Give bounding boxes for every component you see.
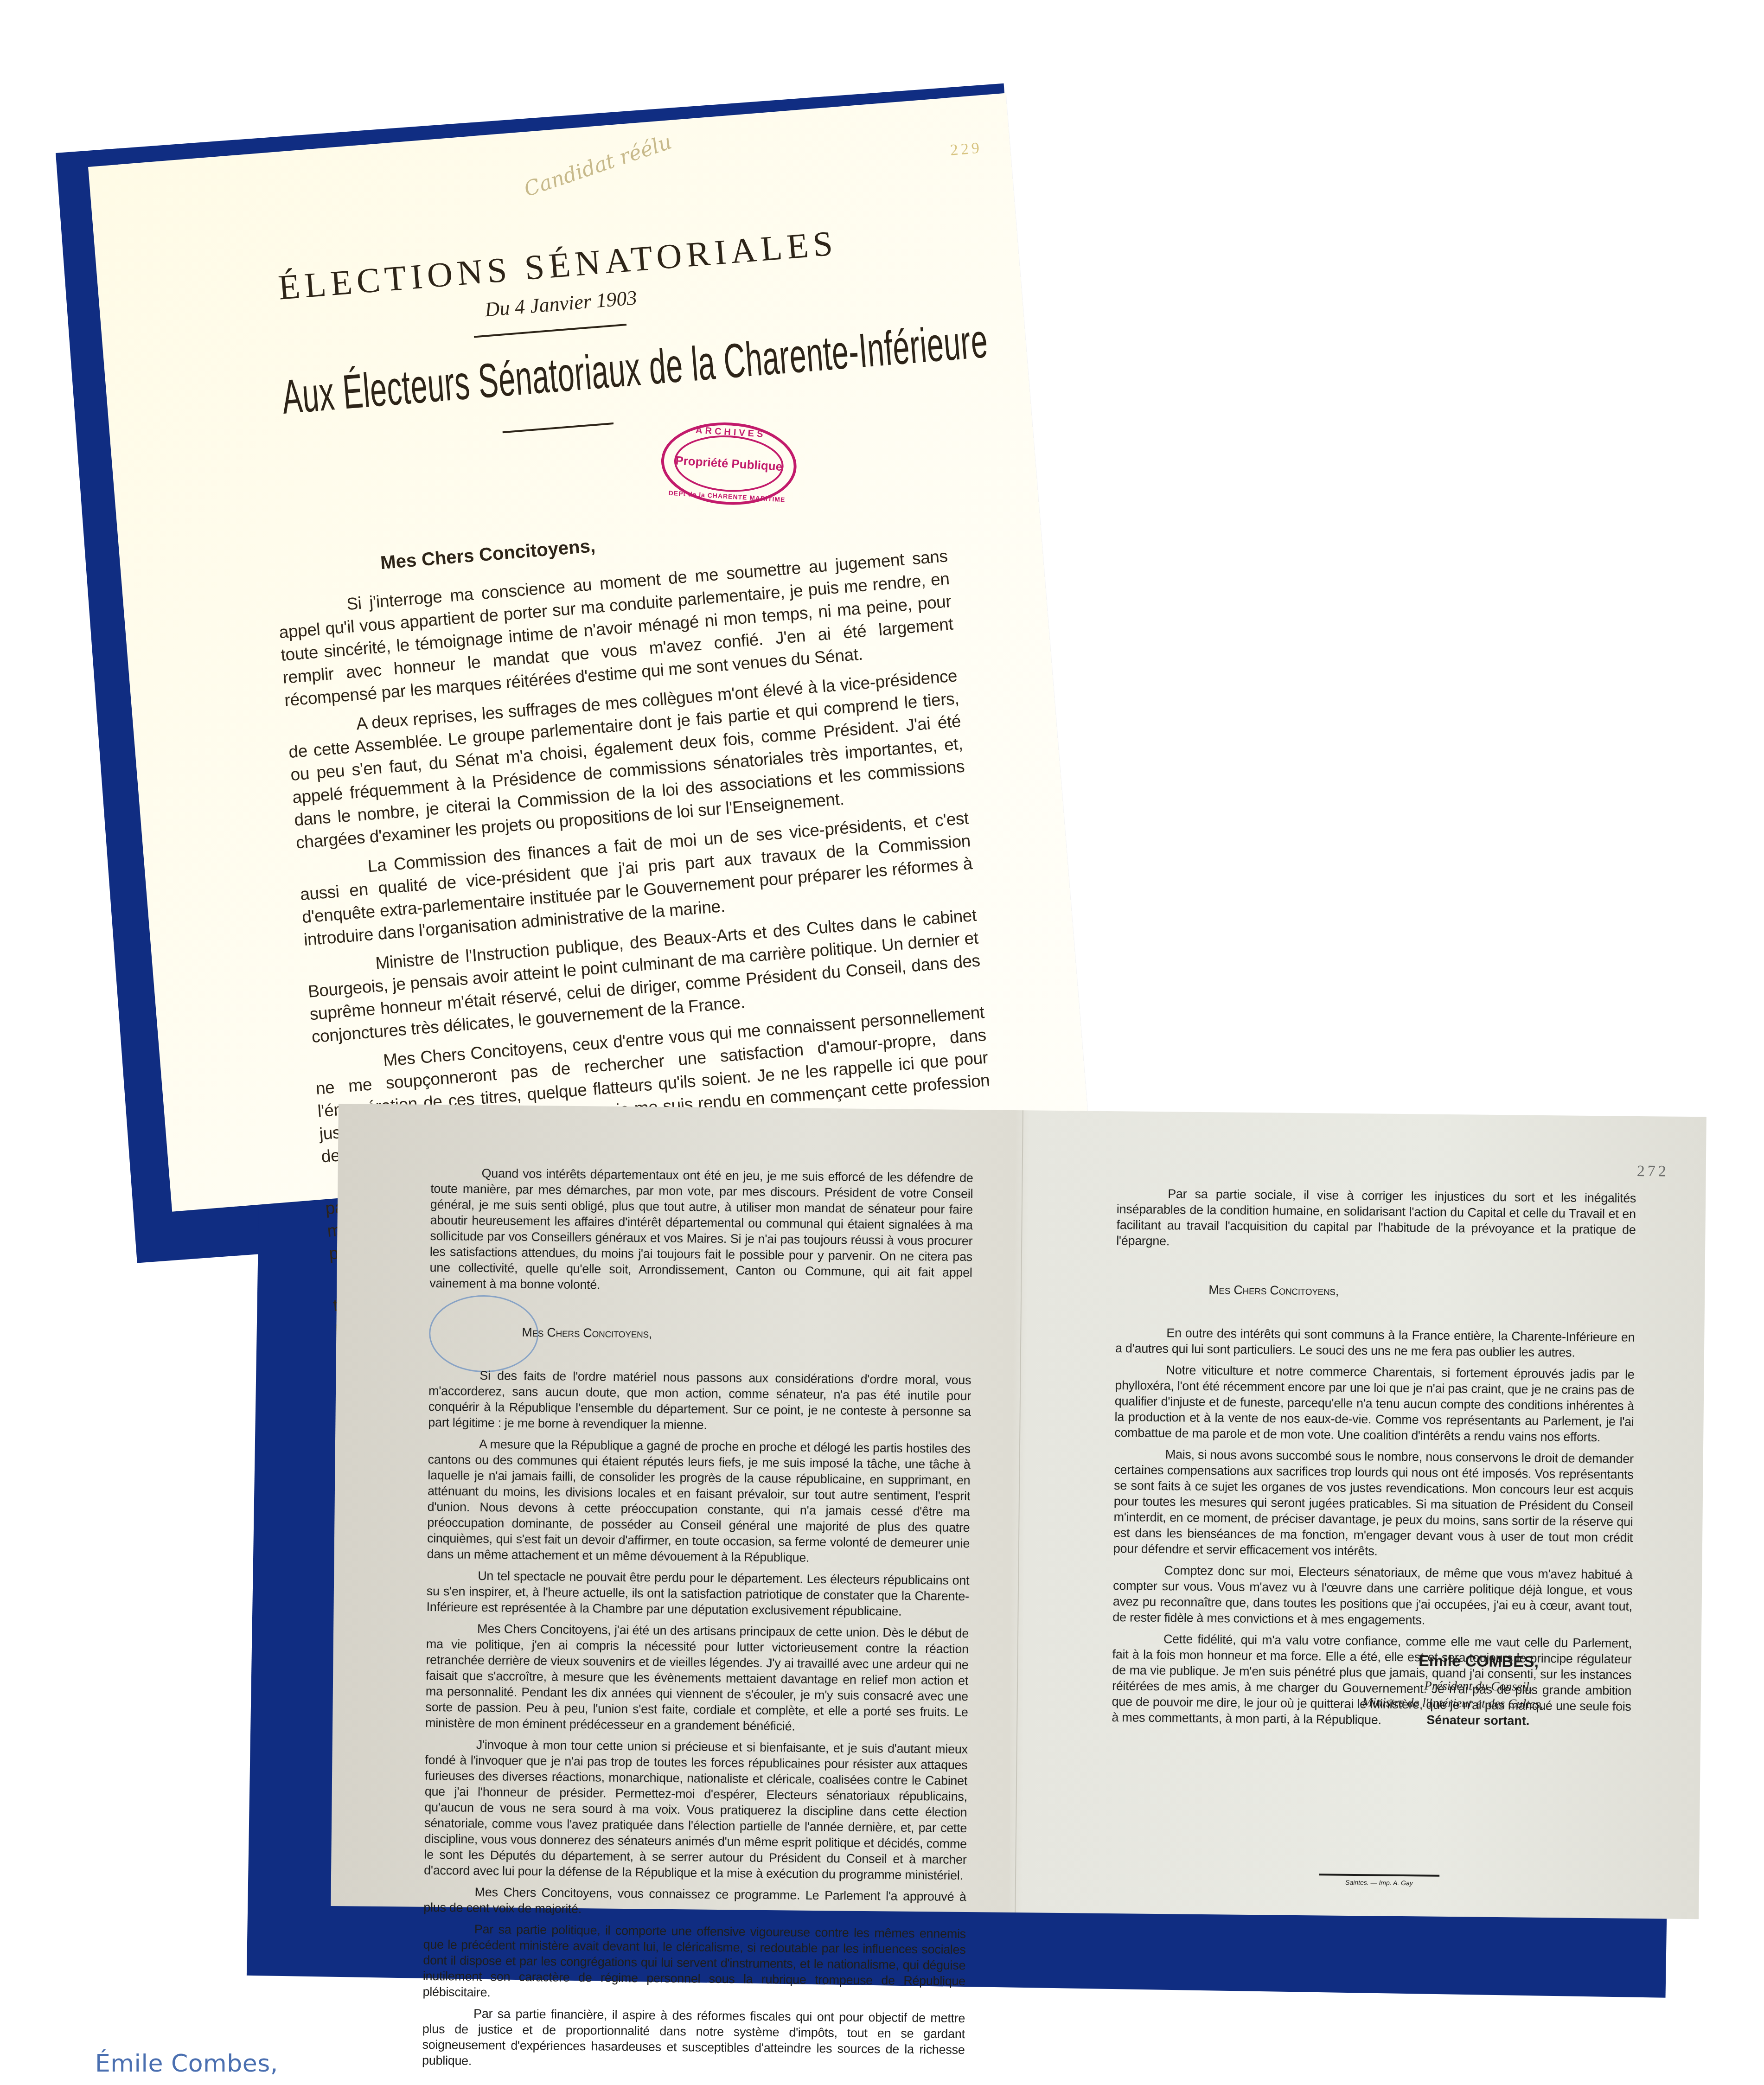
divider-rule — [503, 422, 614, 433]
folio-number: 229 — [950, 139, 983, 159]
document-headline: Aux Électeurs Sénatoriaux de la Charente… — [280, 325, 853, 425]
paragraph: Mes Chers Concitoyens, vous connaissez c… — [423, 1884, 966, 1920]
document-sheet-inner-spread: 272 Quand vos intérêts départementaux on… — [331, 1104, 1706, 1919]
signatory-name: Emile COMBES, — [1362, 1651, 1594, 1672]
document-sheet-front: 229 Candidat réélu ÉLECTIONS SÉNATORIALE… — [88, 93, 1090, 1212]
paragraph: Un tel spectacle ne pouvait être perdu p… — [426, 1567, 969, 1620]
paragraph: A mesure que la République a gagné de pr… — [427, 1436, 971, 1567]
paragraph: Par sa partie politique, il comporte une… — [422, 1921, 966, 2005]
archives-stamp-icon: ARCHIVES Propriété Publique DEPt de la C… — [659, 419, 799, 509]
paragraph: En outre des intérêts qui sont communs à… — [1115, 1324, 1635, 1361]
stamp-middle-text: Propriété Publique — [675, 453, 783, 474]
signatory-role-minister: Ministre de l'Intérieur et des Cultes, — [1311, 1695, 1594, 1712]
section-salutation: Mes Chers Concitoyens, — [1116, 1281, 1635, 1302]
stamp-bottom-text: DEPt de la CHARENTE MARITIME — [668, 489, 786, 504]
paragraph: Mes Chers Concitoyens, j'ai été un des a… — [425, 1620, 969, 1736]
paragraph: Par sa partie sociale, il vise à corrige… — [1116, 1185, 1636, 1254]
paragraph: J'invoque à mon tour cette union si préc… — [424, 1736, 968, 1883]
section-salutation: Mes Chers Concitoyens, — [429, 1324, 971, 1344]
page-fold — [1015, 1110, 1023, 1912]
folio-number: 272 — [1637, 1163, 1669, 1181]
salutation: Mes Chers Concitoyens, — [380, 536, 596, 574]
signature-block: Emile COMBES, Président du Conseil, Mini… — [1362, 1651, 1595, 1729]
divider-rule — [474, 324, 626, 338]
paragraph: Par sa partie financière, il aspire à de… — [422, 2005, 965, 2073]
signatory-role-president: Président du Conseil, — [1362, 1678, 1594, 1695]
left-page-text: Quand vos intérêts départementaux ont ét… — [422, 1165, 973, 2079]
paragraph: Mais, si nous avons succombé sous le nom… — [1113, 1446, 1634, 1561]
printer-imprint: Saintes. — Imp. A. Gay — [1319, 1874, 1439, 1887]
paragraph: Si des faits de l'ordre matériel nous pa… — [428, 1367, 971, 1435]
signatory-status: Sénateur sortant. — [1362, 1712, 1594, 1729]
figure-caption: Émile Combes, — [95, 2050, 278, 2078]
paragraph: Comptez donc sur moi, Electeurs sénatori… — [1112, 1562, 1632, 1630]
paragraph: Notre viticulture et notre commerce Char… — [1114, 1362, 1635, 1445]
paragraph: Quand vos intérêts départementaux ont ét… — [429, 1165, 973, 1296]
handwritten-annotation: Candidat réélu — [521, 130, 675, 201]
stamp-top-text: ARCHIVES — [695, 425, 766, 440]
